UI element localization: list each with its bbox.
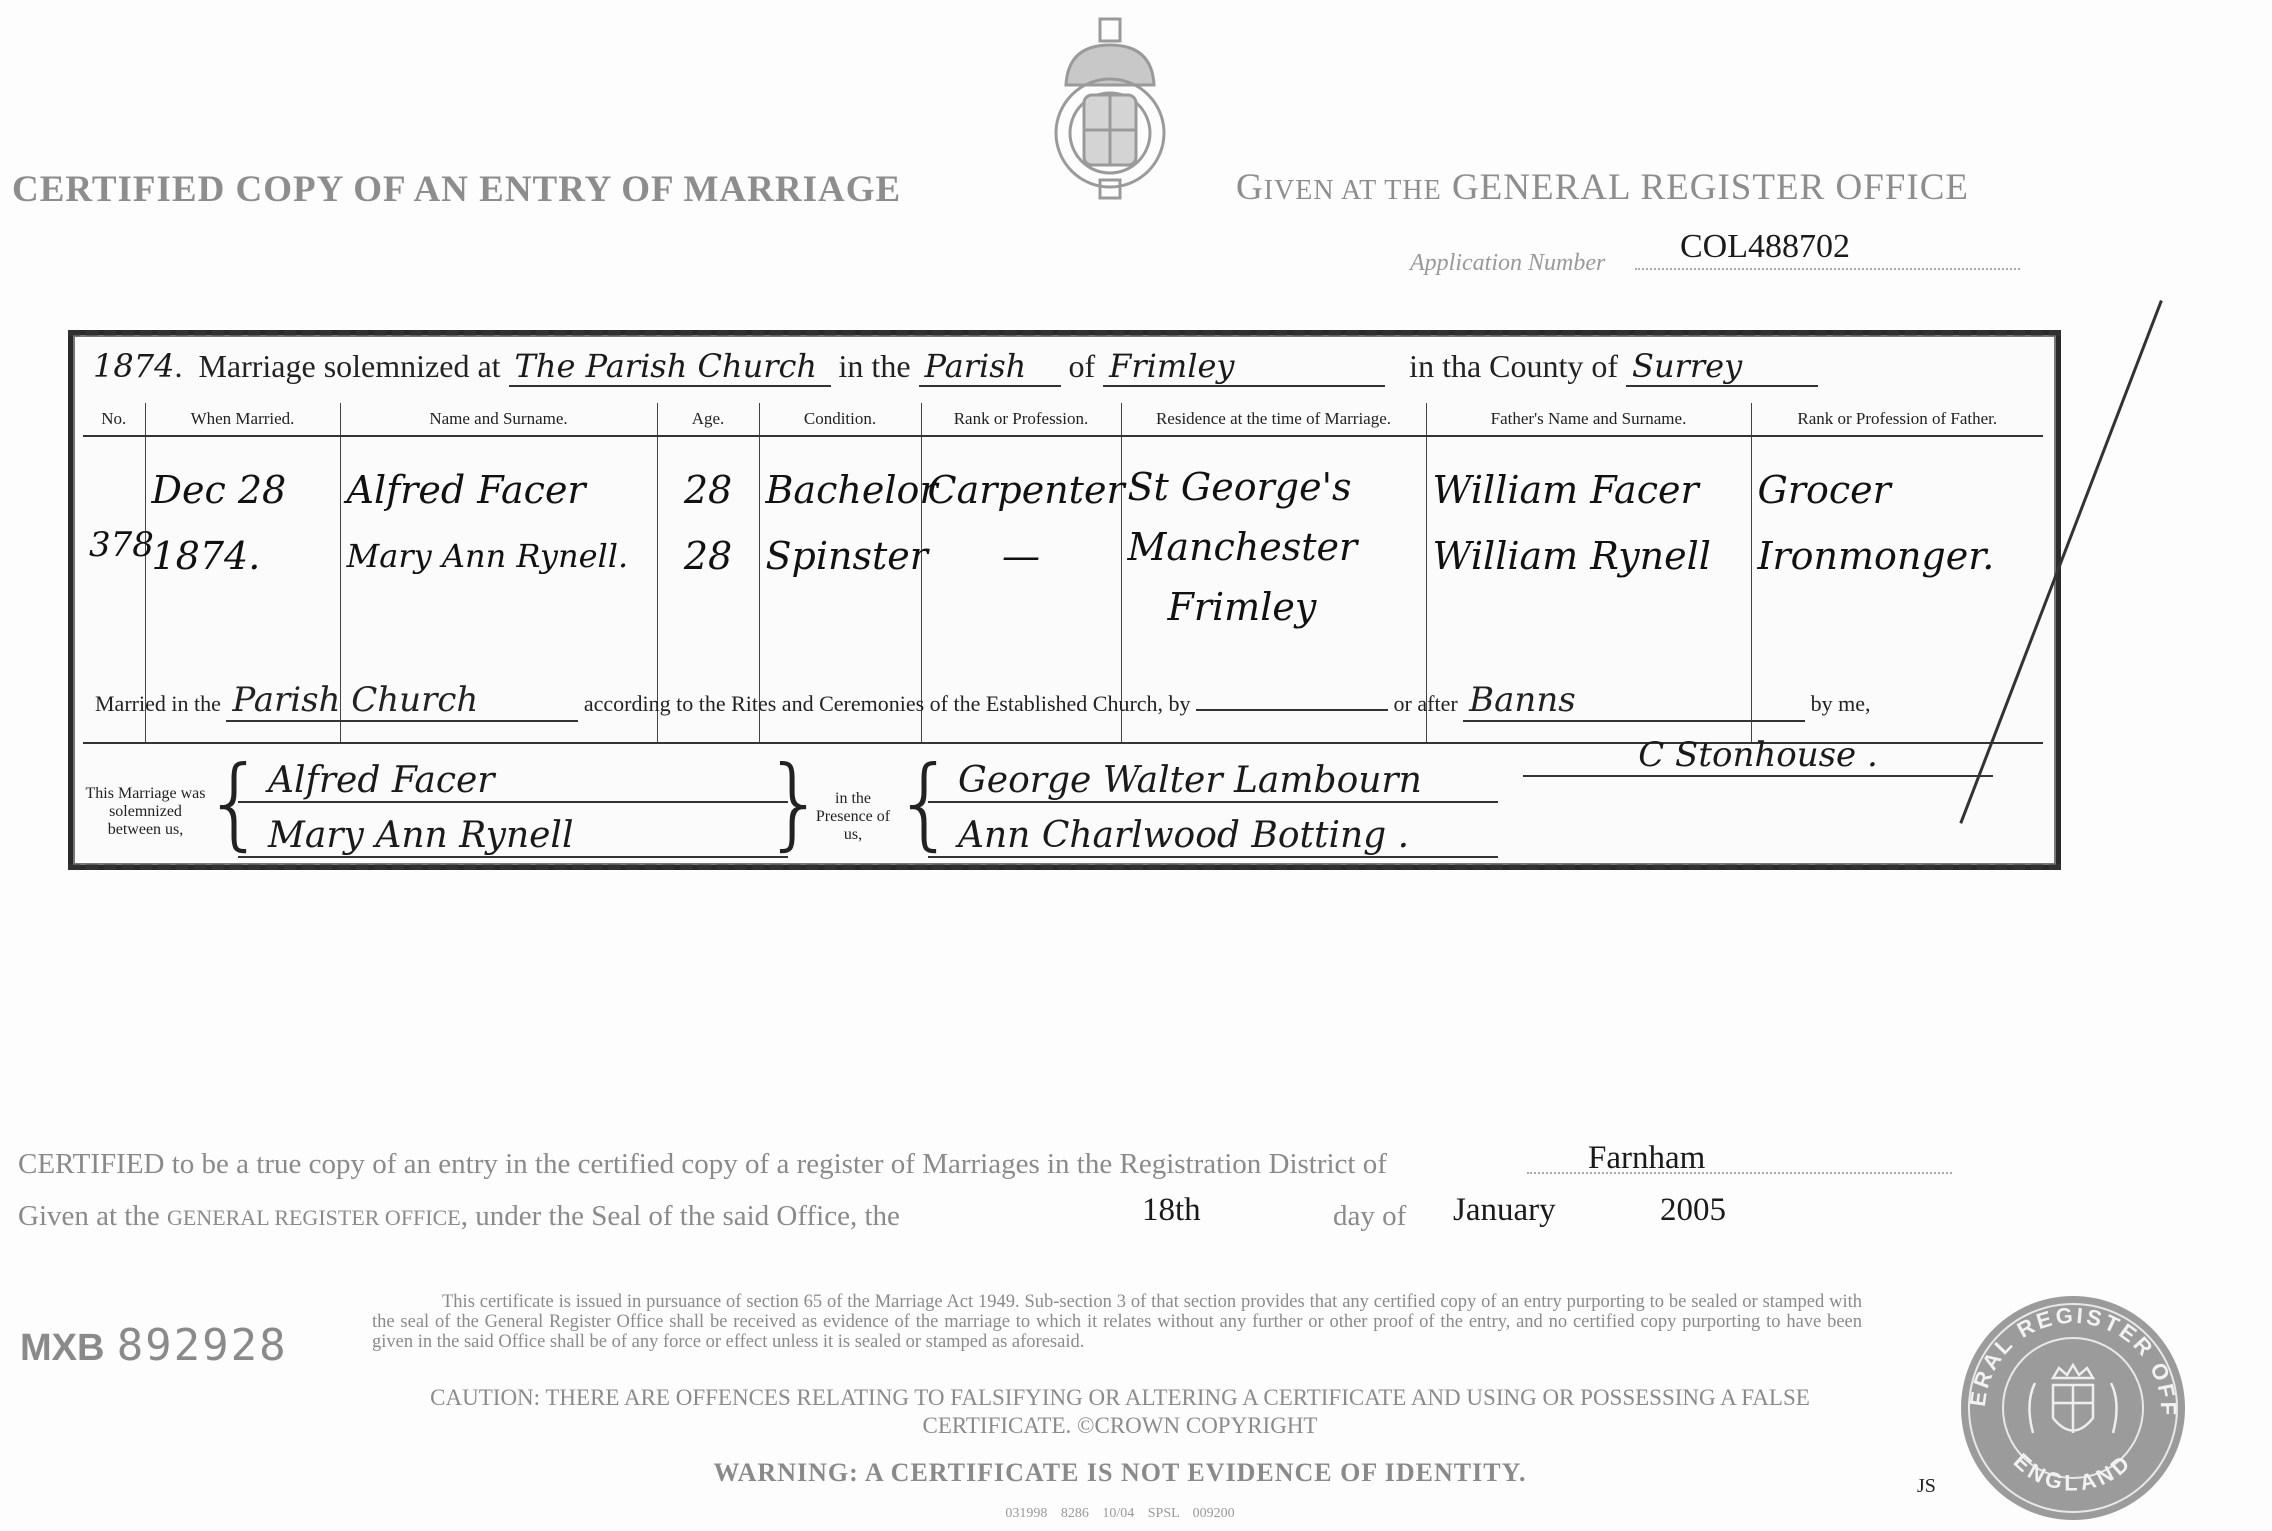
or-after-label: or after bbox=[1394, 691, 1458, 716]
col-no: No. bbox=[83, 403, 145, 436]
residence-line-2: Manchester bbox=[1128, 517, 1420, 577]
col-father-name: Father's Name and Surname. bbox=[1426, 403, 1751, 436]
groom-profession: Carpenter bbox=[928, 457, 1115, 523]
in-the-label: in the bbox=[839, 348, 911, 384]
entry-year: 1874 bbox=[93, 347, 174, 385]
col-when-married: When Married. bbox=[145, 403, 340, 436]
col-father-profession: Rank or Profession of Father. bbox=[1751, 403, 2043, 436]
certificate-month: January bbox=[1453, 1192, 1556, 1229]
bride-condition: Spinster bbox=[766, 523, 915, 589]
caution-notice: CAUTION: THERE ARE OFFENCES RELATING TO … bbox=[380, 1384, 1860, 1440]
marriage-year: 1874. bbox=[152, 523, 334, 589]
solemnized-at: The Parish Church bbox=[509, 347, 831, 387]
legal-notice: This certificate is issued in pursuance … bbox=[372, 1292, 1862, 1352]
print-codes: 031998 8286 10/04 SPSL 009200 bbox=[380, 1506, 1860, 1522]
entry-number: 378 bbox=[89, 525, 154, 565]
certificate-year: 2005 bbox=[1660, 1192, 1726, 1229]
given-office: General Register Office bbox=[167, 1205, 461, 1230]
bride-profession: — bbox=[928, 523, 1115, 589]
of-label: of bbox=[1069, 348, 1096, 384]
application-number-label: Application Number bbox=[1410, 250, 1605, 277]
serial-number: MXB 892928 bbox=[20, 1320, 288, 1371]
residence-line-3: Frimley bbox=[1128, 577, 1420, 637]
solemnized-label: Marriage solemnized at bbox=[198, 348, 500, 384]
day-of-label: day of bbox=[1333, 1200, 1406, 1233]
groom-condition: Bachelor bbox=[766, 457, 915, 523]
bride-age: 28 bbox=[664, 523, 753, 589]
entry-heading: 1874. Marriage solemnized at The Parish … bbox=[93, 347, 1818, 387]
col-residence: Residence at the time of Marriage. bbox=[1121, 403, 1426, 436]
col-condition: Condition. bbox=[759, 403, 921, 436]
place: Frimley bbox=[1103, 347, 1385, 387]
application-number-dotted-line bbox=[1635, 268, 2020, 270]
between-us-label: This Marriage was solemnized between us, bbox=[83, 785, 208, 839]
clerk-initials: JS bbox=[1917, 1475, 1936, 1498]
bride-name: Mary Ann Rynell. bbox=[347, 523, 651, 589]
officiant-signature: C Stonhouse . bbox=[1523, 735, 1993, 777]
bride-father-profession: Ironmonger. bbox=[1758, 523, 2038, 589]
witness-2-signature: Ann Charlwood Botting . bbox=[928, 815, 1498, 858]
district-type: Parish bbox=[919, 347, 1061, 387]
general-register-office-seal-icon: GENERAL REGISTER OFFICE ENGLAND bbox=[1955, 1293, 2191, 1523]
warning-notice: WARNING: A CERTIFICATE IS NOT EVIDENCE O… bbox=[380, 1458, 1860, 1488]
serial-prefix: MXB bbox=[20, 1327, 104, 1369]
groom-father-profession: Grocer bbox=[1758, 457, 2038, 523]
by-licence-blank bbox=[1196, 689, 1388, 711]
office-title: GIVEN AT THE GENERAL REGISTER OFFICE bbox=[1236, 166, 1969, 209]
serial-digits: 892928 bbox=[117, 1320, 288, 1371]
groom-father-name: William Facer bbox=[1433, 457, 1745, 523]
or-after-value: Banns bbox=[1463, 680, 1805, 722]
married-in-line: Married in the Parish Church according t… bbox=[95, 680, 1871, 722]
col-age: Age. bbox=[657, 403, 759, 436]
married-in-label: Married in the bbox=[95, 691, 221, 716]
title-office: GENERAL REGISTER OFFICE bbox=[1452, 167, 1969, 208]
given-suffix: , under the Seal of the said Office, the bbox=[461, 1200, 900, 1232]
county: Surrey bbox=[1626, 347, 1818, 387]
witness-1-signature: George Walter Lambourn bbox=[928, 760, 1498, 803]
given-prefix: Given at the bbox=[18, 1200, 160, 1232]
bride-father-name: William Rynell bbox=[1433, 523, 1745, 589]
title-given-rest: IVEN AT THE bbox=[1264, 175, 1442, 206]
certificate-day: 18th bbox=[1142, 1192, 1201, 1229]
bride-signature: Mary Ann Rynell bbox=[238, 815, 788, 858]
certified-statement: CERTIFIED to be a true copy of an entry … bbox=[18, 1148, 1387, 1181]
county-label: in tha County of bbox=[1409, 348, 1618, 384]
given-statement: Given at the General Register Office, un… bbox=[18, 1200, 900, 1233]
registration-district: Farnham bbox=[1588, 1140, 1705, 1177]
document-title: CERTIFIED COPY OF AN ENTRY OF MARRIAGE bbox=[12, 168, 901, 211]
presence-label: in the Presence of us, bbox=[808, 790, 898, 844]
groom-signature: Alfred Facer bbox=[238, 760, 788, 803]
by-me-label: by me, bbox=[1811, 691, 1871, 716]
married-in-value: Parish Church bbox=[226, 680, 578, 722]
register-entry: 1874. Marriage solemnized at The Parish … bbox=[68, 330, 2061, 870]
residence-line-1: St George's bbox=[1128, 457, 1420, 517]
application-number: COL488702 bbox=[1680, 228, 1850, 266]
title-given-initial: G bbox=[1236, 167, 1264, 208]
royal-crest-icon bbox=[1048, 15, 1172, 200]
marriage-date: Dec 28 bbox=[152, 457, 334, 523]
groom-age: 28 bbox=[664, 457, 753, 523]
groom-name: Alfred Facer bbox=[347, 457, 651, 523]
rites-text: according to the Rites and Ceremonies of… bbox=[584, 691, 1191, 716]
col-name: Name and Surname. bbox=[340, 403, 657, 436]
col-profession: Rank or Profession. bbox=[921, 403, 1121, 436]
